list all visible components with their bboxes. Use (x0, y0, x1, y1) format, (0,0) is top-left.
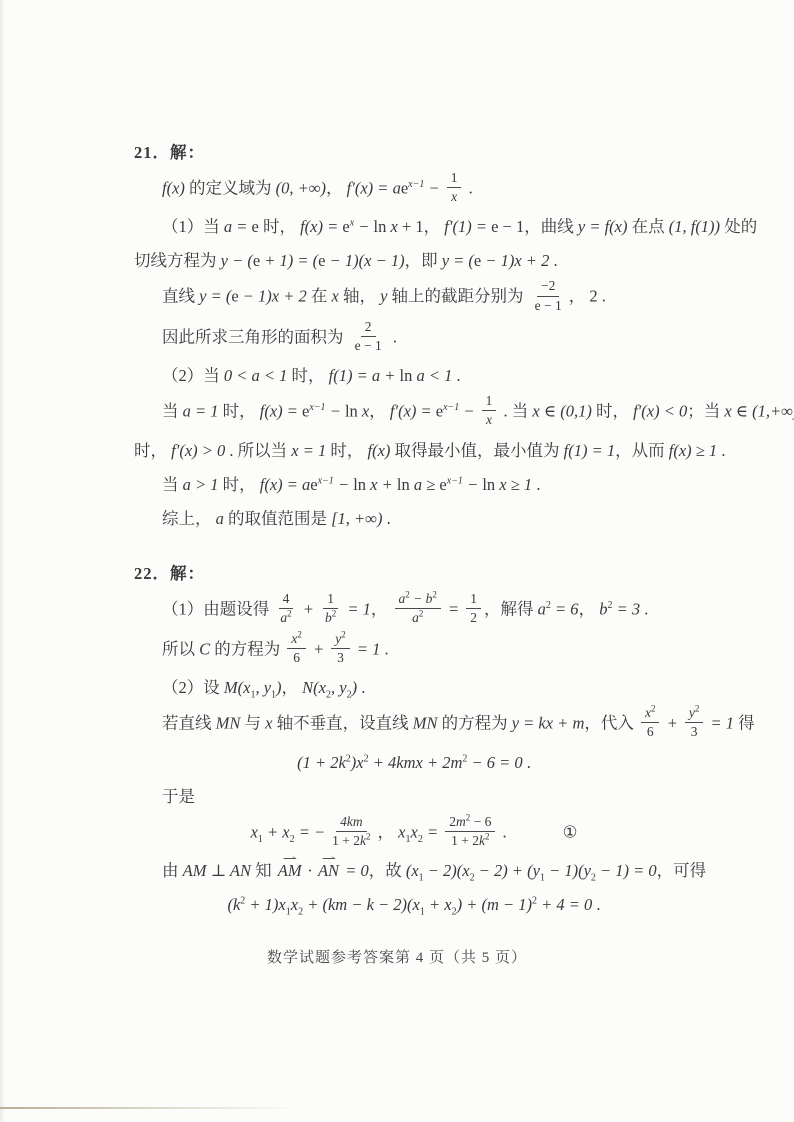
math-run: −2 (541, 278, 555, 293)
text-run: ， (569, 287, 590, 306)
math-run: . (380, 639, 388, 658)
math-run: a ≥ (414, 475, 440, 494)
text-run: ， (282, 678, 303, 697)
text-run: （2）当 (162, 366, 224, 385)
math-run: = 3 (612, 599, 640, 618)
math-run: a = (224, 217, 252, 236)
math-run: N(x (302, 678, 326, 697)
math-run: = 1 (353, 639, 381, 658)
math-run: . (382, 509, 390, 528)
text-run: ，代入 (584, 714, 638, 733)
denominator: b2 (321, 609, 340, 626)
math-run: + (309, 639, 328, 658)
text-run: ，从而 (615, 441, 669, 460)
math-run: . (717, 441, 725, 460)
text-run: 由 (162, 861, 183, 880)
math-run: . (532, 475, 540, 494)
text-run: 得 (734, 714, 755, 733)
math-run: f(1) = a + (329, 366, 400, 385)
math-run: , y (255, 678, 271, 697)
text-run: 所以当 (238, 441, 292, 460)
math-run: )x (351, 753, 364, 772)
denominator: 3 (687, 723, 702, 740)
math-run: f(1) = 1 (564, 441, 615, 460)
text-run: 时， (134, 441, 171, 460)
math-run: f(x) (162, 178, 185, 197)
fraction: x26 (287, 631, 306, 666)
text-run: （1）当 (162, 217, 224, 236)
math-run: f′(x) > 0 (171, 441, 225, 460)
fraction: 1x (447, 170, 462, 205)
math-run: 3 (337, 650, 344, 665)
q22-expanded-line: (k2 + 1)x1x2 + (km − k − 2)(x1 + x2) + (… (134, 890, 694, 919)
math-run: e − 1 (491, 217, 524, 236)
math-run: + (299, 599, 318, 618)
numerator: 2m2 − 6 (445, 814, 495, 832)
text-run: 当 (162, 402, 183, 421)
q22-vieta-line: x1 + x2 = −4km1 + 2k2， x1x2 = 2m2 − 61 +… (134, 816, 694, 851)
math-run: − 6 (470, 814, 491, 829)
math-run: M(x (224, 678, 251, 697)
superscript: x−1 (309, 402, 325, 413)
math-run: , y (331, 678, 347, 697)
math-run: e (252, 217, 259, 236)
math-run: − (326, 402, 345, 421)
math-run: + 1 (398, 217, 424, 236)
math-run: x (332, 287, 339, 306)
math-run: 2 (470, 610, 477, 625)
fraction: 2m2 − 61 + 2k2 (445, 814, 495, 849)
denominator: a2 (276, 609, 295, 626)
math-run: . (498, 822, 506, 841)
q21-a-equals-1-line: 当 a = 1 时， f(x) = ex−1 − ln x， f′(x) = e… (134, 395, 694, 430)
math-run: + 1)x (245, 895, 285, 914)
math-run: ln (374, 217, 391, 236)
text-run: （2）设 (162, 678, 224, 697)
q21-a-greater-1-line: 当 a > 1 时， f(x) = aex−1 − ln x + ln a ≥ … (134, 470, 694, 499)
math-run: C (199, 639, 210, 658)
text-run: 轴上的截距分别为 (387, 287, 527, 306)
q21-part2-line: （2）当 0 < a < 1 时， f(1) = a + ln a < 1 . (134, 361, 694, 390)
math-run: ln (397, 475, 414, 494)
math-run: − (424, 178, 443, 197)
math-run: e (439, 475, 446, 494)
math-run: x (398, 822, 405, 841)
math-run: a > 1 (183, 475, 219, 494)
denominator: a2 (408, 609, 427, 626)
math-run: f(x) ≥ 1 (669, 441, 717, 460)
numerator: 1 (482, 393, 497, 411)
denominator: 2 (466, 609, 481, 626)
math-run: AM ⊥ AN (183, 861, 251, 880)
superscript: 2 (485, 831, 490, 841)
math-run: (1, f(1)) (669, 217, 720, 236)
fraction: y23 (331, 631, 350, 666)
q21-min-value-line: 时， f′(x) > 0 . 所以当 x = 1 时， f(x) 取得最小值，最… (134, 436, 694, 465)
math-run: 3 (691, 724, 698, 739)
math-run: · (304, 861, 316, 880)
math-run: 1 + 2 (451, 833, 479, 848)
math-run: + 4 = 0 (537, 895, 592, 914)
numerator: x2 (287, 631, 306, 649)
math-run: (0, +∞) (276, 178, 326, 197)
math-run: = 1 (706, 714, 734, 733)
math-run: = (423, 822, 442, 841)
q22-line-mn-line: 若直线 MN 与 x 轴不垂直，设直线 MN 的方程为 y = kx + m，代… (134, 707, 694, 742)
text-run: ；当 (687, 402, 724, 421)
superscript: x−1 (408, 179, 424, 190)
doc-body: 21．解：f(x) 的定义域为 (0, +∞)， f′(x) = aex−1 −… (0, 0, 794, 919)
math-run: f(x) = a (260, 475, 311, 494)
q22-quadratic-line: (1 + 2k2)x2 + 4kmx + 2m2 − 6 = 0 . (134, 748, 694, 777)
math-run: − 2)(x (424, 861, 470, 880)
q22-thus-line: 于是 (134, 782, 694, 811)
text-run: （1）由题设得 (162, 599, 273, 618)
denominator: x (447, 188, 461, 205)
math-run: MN (216, 714, 241, 733)
numerator: 1 (323, 591, 338, 609)
math-run: + x (425, 895, 452, 914)
math-run: x + (370, 475, 397, 494)
numerator: 1 (447, 170, 462, 188)
superscript: x−1 (443, 402, 459, 413)
math-run: [1, +∞) (331, 509, 382, 528)
superscript: 2 (651, 704, 656, 714)
text-run: 时， (592, 402, 633, 421)
text-run: 21．解： (134, 143, 205, 162)
text-run: ， (579, 599, 600, 618)
math-run: − 1)x + 2 (481, 251, 549, 270)
denominator: 1 + 2k2 (447, 832, 493, 849)
math-run: . (389, 327, 397, 346)
math-run: x (486, 412, 492, 427)
text-run: 时， (219, 402, 260, 421)
math-run: m (456, 814, 466, 829)
denominator: e − 1 (531, 297, 566, 314)
math-run: x ≥ 1 (499, 475, 532, 494)
math-run: x = 1 (291, 441, 326, 460)
math-run: f(x) = (300, 217, 342, 236)
math-run: x ∈ (0,1) (532, 402, 591, 421)
text-run: ， (371, 599, 392, 618)
math-run: ln (482, 475, 499, 494)
math-run: ln (345, 402, 362, 421)
math-run: e − 1 (355, 338, 382, 353)
text-run: 因此所求三角形的面积为 (162, 327, 348, 346)
fraction: 1b2 (321, 591, 340, 626)
math-run: b (325, 610, 332, 625)
math-run: − 1) = 0 (596, 861, 657, 880)
math-run: ln (400, 366, 417, 385)
text-run: 轴， (339, 287, 380, 306)
math-run: a < 1 (416, 366, 452, 385)
math-run: ln (353, 475, 370, 494)
text-run: 22．解： (134, 564, 205, 583)
text-run: 当 (512, 402, 533, 421)
text-run: 于是 (162, 787, 195, 806)
q22-part1-line: （1）由题设得 4a2 + 1b2 = 1， a2 − b2a2 = 12，解得… (134, 593, 694, 628)
math-run: 2 (365, 319, 372, 334)
fraction: 1x (482, 393, 497, 428)
superscript: 2 (419, 608, 424, 618)
text-run: 与 (240, 714, 265, 733)
text-run: ， (378, 822, 399, 841)
math-run: e − 1 (535, 298, 562, 313)
vector-overline: AM (278, 856, 302, 885)
math-run: f(x) (367, 441, 390, 460)
math-run: = 1 (343, 599, 371, 618)
math-run: a (280, 610, 287, 625)
math-run: = 0 (341, 861, 369, 880)
scan-edge-bottom (0, 1107, 300, 1109)
numerator: 4 (279, 591, 294, 609)
text-run: 在点 (627, 217, 668, 236)
math-run: ① (563, 822, 578, 841)
text-run: 时， (287, 366, 328, 385)
math-run: a = 1 (183, 402, 219, 421)
math-run: e (318, 251, 325, 270)
math-run: = 6 (551, 599, 579, 618)
denominator: e − 1 (351, 337, 386, 354)
math-run: x (451, 189, 457, 204)
numerator: a2 − b2 (395, 591, 441, 609)
math-run: + x (263, 822, 290, 841)
fraction: 4a2 (276, 591, 295, 626)
q22-perpendicular-line: 由 AM ⊥ AN 知 AM · AN = 0，故 (x1 − 2)(x2 − … (134, 856, 694, 885)
fraction: 4km1 + 2k2 (328, 814, 374, 849)
text-run: 轴不垂直，设直线 (272, 714, 412, 733)
math-run: − (334, 475, 353, 494)
math-run: . (225, 441, 237, 460)
text-run: ，曲线 (524, 217, 578, 236)
math-run: − 6 = 0 (467, 753, 522, 772)
numerator: y2 (685, 705, 704, 723)
fraction: 2e − 1 (351, 319, 386, 354)
math-run: − 2) + (y (475, 861, 540, 880)
superscript: 2 (366, 831, 371, 841)
math-run: f′(x) = a (347, 178, 401, 197)
math-run: f(x) = (260, 402, 302, 421)
superscript: 2 (287, 608, 292, 618)
denominator: 6 (643, 723, 658, 740)
math-run: − 1)(x − 1) (326, 251, 405, 270)
math-run: 2 (589, 287, 597, 306)
math-run: y − ( (221, 251, 253, 270)
text-run: ，解得 (484, 599, 538, 618)
math-run: = (444, 599, 463, 618)
denominator: 6 (289, 649, 304, 666)
text-run: 直线 (162, 287, 199, 306)
math-run: − (463, 475, 482, 494)
math-run: e (436, 402, 443, 421)
text-run: 的方程为 (210, 639, 284, 658)
math-run: (1 + 2k (297, 753, 346, 772)
math-run: . (640, 599, 648, 618)
math-run: . (357, 678, 365, 697)
numerator: 4km (336, 814, 367, 832)
text-run: 处的 (720, 217, 757, 236)
fraction: y23 (685, 705, 704, 740)
math-run: . (499, 402, 511, 421)
text-run: ， (369, 402, 390, 421)
math-run: . (549, 251, 557, 270)
math-run: . (598, 287, 606, 306)
math-run: 0 < a < 1 (224, 366, 288, 385)
superscript: 2 (432, 589, 437, 599)
text-run: 所以 (162, 639, 199, 658)
math-run: + (km − k − 2)(x (303, 895, 420, 914)
q21-area-line: 因此所求三角形的面积为 2e − 1 . (134, 321, 694, 356)
text-run: 的定义域为 (185, 178, 276, 197)
text-run: 当 (162, 475, 183, 494)
fraction: 12 (466, 591, 481, 626)
q22-ellipse-equation-line: 所以 C 的方程为 x26 + y23 = 1 . (134, 633, 694, 668)
math-run: 2 (449, 814, 456, 829)
q21-domain-line: f(x) 的定义域为 (0, +∞)， f′(x) = aex−1 − 1x . (134, 172, 694, 207)
math-run: y = ( (442, 251, 474, 270)
text-run: ， (326, 178, 347, 197)
math-run: − (459, 402, 478, 421)
math-run: a (538, 599, 546, 618)
math-run: e (231, 287, 238, 306)
math-run: − 1)(y (545, 861, 591, 880)
text-run: 知 (251, 861, 276, 880)
superscript: 2 (297, 629, 302, 639)
fraction: x26 (641, 705, 660, 740)
text-run: 时， (219, 475, 260, 494)
q21-conclusion-line: 综上， a 的取值范围是 [1, +∞) . (134, 504, 694, 533)
denominator: 3 (333, 649, 348, 666)
math-run: (x (406, 861, 419, 880)
q21-part1-line: （1）当 a = e 时， f(x) = ex − ln x + 1， f′(1… (134, 212, 694, 241)
text-run: 在 (307, 287, 332, 306)
math-run: e (342, 217, 349, 236)
math-run: f′(1) = (444, 217, 491, 236)
text-run: ， (424, 217, 445, 236)
fraction: a2 − b2a2 (395, 591, 441, 626)
math-run: − 1)x + 2 (239, 287, 307, 306)
math-run: x (391, 217, 398, 236)
q21-tangent-line: 切线方程为 y − (e + 1) = (e − 1)(x − 1)，即 y =… (134, 246, 694, 275)
scanned-answer-page: 21．解：f(x) 的定义域为 (0, +∞)， f′(x) = aex−1 −… (0, 0, 794, 1122)
math-run: 1 (451, 170, 458, 185)
text-run: 取得最小值，最小值为 (390, 441, 563, 460)
math-run: . (464, 178, 472, 197)
math-run: − (354, 217, 373, 236)
math-run: + 1) = ( (260, 251, 318, 270)
text-run: ，即 (405, 251, 442, 270)
math-run: a (216, 509, 224, 528)
superscript: 2 (332, 608, 337, 618)
numerator: x2 (641, 705, 660, 723)
text-run: ，可得 (657, 861, 707, 880)
math-run: x (411, 822, 418, 841)
math-run: a (399, 591, 406, 606)
superscript: 2 (341, 629, 346, 639)
math-run: + (662, 714, 681, 733)
superscript: x−1 (447, 475, 463, 486)
vector-overline: AN (318, 856, 339, 885)
text-run: 综上， (162, 509, 216, 528)
text-run: 时， (326, 441, 367, 460)
text-run: ，故 (369, 861, 406, 880)
text-run: 切线方程为 (134, 251, 221, 270)
math-run: = − (295, 822, 326, 841)
text-run: 的取值范围是 (224, 509, 331, 528)
math-run: . (452, 366, 460, 385)
math-run: f′(x) < 0 (633, 402, 687, 421)
math-run: ) + (m − 1) (457, 895, 532, 914)
math-run: . (523, 753, 531, 772)
math-run: x (251, 822, 258, 841)
math-run: e (310, 475, 317, 494)
text-run: 时， (259, 217, 300, 236)
math-run: f′(x) = (390, 402, 436, 421)
denominator: x (482, 411, 496, 428)
q22-part2-line: （2）设 M(x1, y1)， N(x2, y2) . (134, 673, 694, 702)
math-run: 6 (647, 724, 654, 739)
math-run: y = ( (199, 287, 231, 306)
math-run: 6 (293, 650, 300, 665)
fraction: −2e − 1 (531, 278, 566, 313)
math-run: 1 (470, 591, 477, 606)
math-run: y = kx + m (512, 714, 585, 733)
q21-intercepts-line: 直线 y = (e − 1)x + 2 在 x 轴， y 轴上的截距分别为 −2… (134, 280, 694, 315)
q21-heading: 21．解： (134, 138, 694, 167)
math-run: (k (227, 895, 240, 914)
math-run: − b (410, 591, 433, 606)
math-run: 4km (340, 814, 363, 829)
math-run: 1 (327, 591, 334, 606)
math-run: + 4kmx + 2m (369, 753, 463, 772)
text-run: 的方程为 (437, 714, 511, 733)
numerator: 1 (466, 591, 481, 609)
math-run: . (592, 895, 600, 914)
superscript: 2 (695, 704, 700, 714)
math-run: x ∈ (1,+∞) (724, 402, 794, 421)
math-run: 1 (486, 393, 493, 408)
numerator: −2 (537, 278, 559, 296)
text-run: 若直线 (162, 714, 216, 733)
math-run: MN (413, 714, 438, 733)
q22-heading: 22．解： (134, 559, 694, 588)
numerator: y2 (331, 631, 350, 649)
math-run: 4 (283, 591, 290, 606)
page-footer: 数学试题参考答案第 4 页（共 5 页） (0, 946, 794, 967)
math-run: y = f(x) (578, 217, 628, 236)
numerator: 2 (361, 319, 376, 337)
math-run: x (291, 895, 298, 914)
superscript: x−1 (318, 475, 334, 486)
